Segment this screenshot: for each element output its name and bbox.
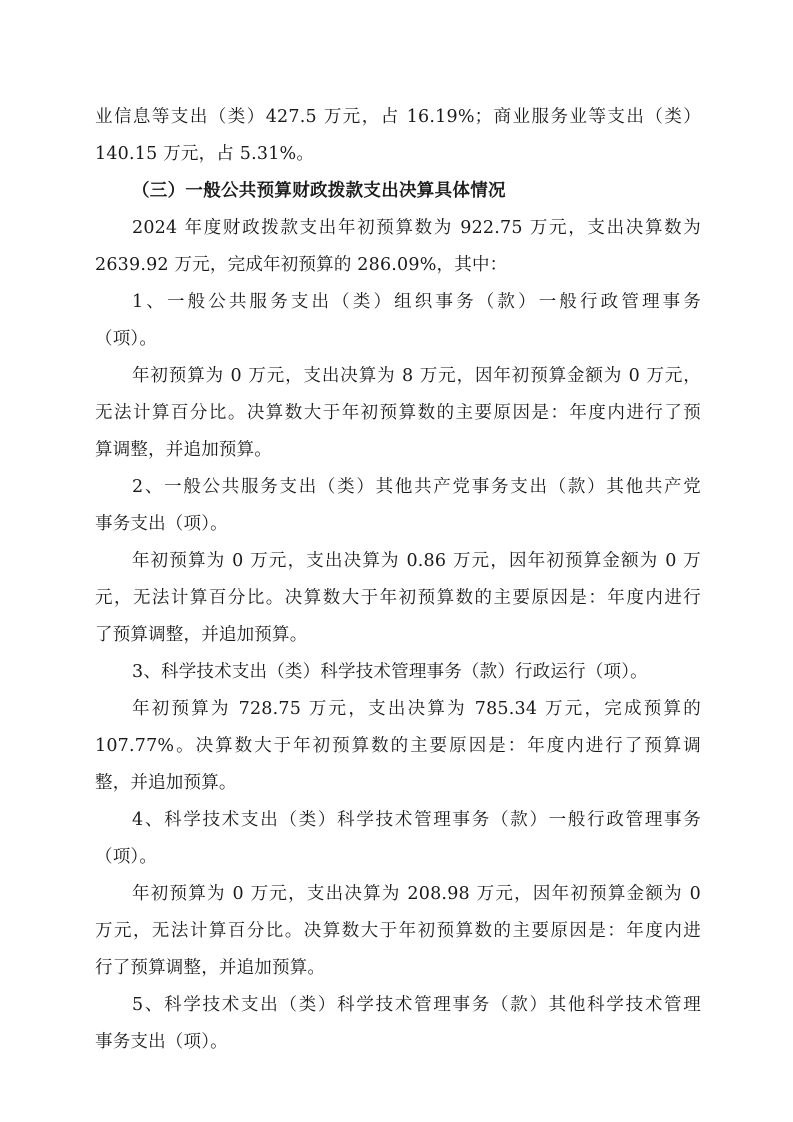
- paragraph-line: 业信息等支出（类）427.5 万元，占 16.19%；商业服务业等支出（类）: [95, 106, 701, 128]
- paragraph-line: 107.77%。决算数大于年初预算数的主要原因是：年度内进行了预算调: [95, 735, 701, 757]
- paragraph-line: 行了预算调整，并追加预算。: [95, 957, 701, 979]
- paragraph-line: 了预算调整，并追加预算。: [95, 624, 701, 646]
- paragraph-line: 年初预算为 728.75 万元，支出决算为 785.34 万元，完成预算的: [132, 698, 701, 720]
- item-heading-5: 5、科学技术支出（类）科学技术管理事务（款）其他科学技术管理: [132, 994, 701, 1016]
- paragraph-line: （项）。: [95, 846, 701, 868]
- paragraph-line: 无法计算百分比。决算数大于年初预算数的主要原因是：年度内进行了预: [95, 402, 701, 424]
- paragraph-line: 算调整，并追加预算。: [95, 439, 701, 461]
- paragraph-line: 事务支出（项）。: [95, 1031, 701, 1053]
- section-heading: （三）一般公共预算财政拨款支出决算具体情况: [132, 180, 506, 202]
- paragraph-line: 年初预算为 0 万元，支出决算为 8 万元，因年初预算金额为 0 万元，: [132, 365, 701, 387]
- paragraph-line: 事务支出（项）。: [95, 513, 701, 535]
- paragraph-line: 整，并追加预算。: [95, 772, 701, 794]
- item-heading-2: 2、一般公共服务支出（类）其他共产党事务支出（款）其他共产党: [132, 476, 701, 498]
- paragraph-line: 140.15 万元，占 5.31%。: [95, 143, 701, 165]
- paragraph-line: 元，无法计算百分比。决算数大于年初预算数的主要原因是：年度内进行: [95, 587, 701, 609]
- paragraph-line: 2639.92 万元，完成年初预算的 286.09%，其中：: [95, 254, 701, 276]
- item-heading-4: 4、科学技术支出（类）科学技术管理事务（款）一般行政管理事务: [132, 809, 701, 831]
- paragraph-line: 2024 年度财政拨款支出年初预算数为 922.75 万元，支出决算数为: [132, 217, 701, 239]
- item-heading-3: 3、科学技术支出（类）科学技术管理事务（款）行政运行（项）。: [132, 661, 701, 683]
- paragraph-line: 年初预算为 0 万元，支出决算为 0.86 万元，因年初预算金额为 0 万: [132, 550, 701, 572]
- item-heading-1: 1、一般公共服务支出（类）组织事务（款）一般行政管理事务: [132, 291, 701, 313]
- paragraph-line: 年初预算为 0 万元，支出决算为 208.98 万元，因年初预算金额为 0: [132, 883, 701, 905]
- paragraph-line: （项）。: [95, 328, 701, 350]
- paragraph-line: 万元，无法计算百分比。决算数大于年初预算数的主要原因是：年度内进: [95, 920, 701, 942]
- document-page: 业信息等支出（类）427.5 万元，占 16.19%；商业服务业等支出（类） 1…: [0, 0, 793, 1122]
